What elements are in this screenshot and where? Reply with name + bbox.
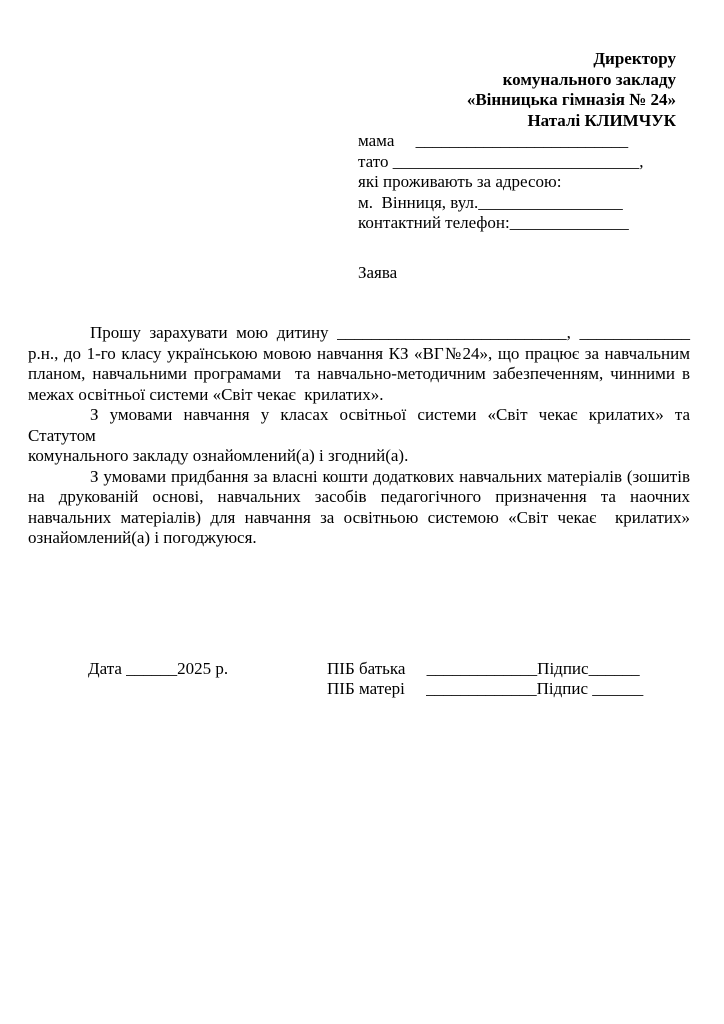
application-document-page: Директору комунального закладу «Вінницьк…: [0, 0, 724, 1024]
signature-lines: ПІБ батька _____________Підпис______ ПІБ…: [327, 659, 643, 700]
recipient-block: Директору комунального закладу «Вінницьк…: [0, 0, 676, 131]
signature-block: Дата ______2025 р. ПІБ батька __________…: [0, 659, 724, 700]
mother-name-line: мама _________________________: [358, 131, 724, 152]
paragraph2-line2: комунального закладу ознайомлений(а) і з…: [28, 446, 690, 467]
recipient-line-institution: комунального закладу: [0, 70, 676, 91]
paragraph3-line1: З умовами придбання за власні кошти дода…: [28, 467, 690, 488]
father-signature-line: ПІБ батька _____________Підпис______: [327, 659, 643, 680]
recipient-line-director: Директору: [0, 49, 676, 70]
paragraph3: З умовами придбання за власні кошти дода…: [28, 467, 690, 549]
father-name-line: тато _____________________________,: [358, 152, 724, 173]
paragraph1: Прошу зарахувати мою дитину ____________…: [28, 323, 690, 405]
paragraph1-line4: межах освітньої системи «Світ чекає крил…: [28, 385, 690, 406]
paragraph3-line4: ознайомлений(а) і погоджуюся.: [28, 528, 690, 549]
recipient-line-school: «Вінницька гімназія № 24»: [0, 90, 676, 111]
address-city-line: м. Вінниця, вул._________________: [358, 193, 724, 214]
paragraph3-line2: на друкованій основі, навчальних засобів…: [28, 487, 690, 508]
paragraph1-line3: планом, навчальними програмами та навчал…: [28, 364, 690, 385]
paragraph2: З умовами навчання у класах освітньої си…: [28, 405, 690, 467]
applicants-block: мама _________________________ тато ____…: [358, 131, 724, 234]
address-intro-line: які проживають за адресою:: [358, 172, 724, 193]
document-title: Заява: [358, 263, 724, 284]
paragraph1-line1: Прошу зарахувати мою дитину ____________…: [28, 323, 690, 344]
paragraph3-line3: навчальних матеріалів) для навчання за о…: [28, 508, 690, 529]
paragraph2-line1: З умовами навчання у класах освітньої си…: [28, 405, 690, 446]
recipient-line-name: Наталі КЛИМЧУК: [0, 111, 676, 132]
date-line: Дата ______2025 р.: [88, 659, 327, 680]
paragraph1-line2: р.н., до 1-го класу українською мовою на…: [28, 344, 690, 365]
document-body: Прошу зарахувати мою дитину ____________…: [28, 323, 690, 549]
contact-phone-line: контактний телефон:______________: [358, 213, 724, 234]
mother-signature-line: ПІБ матері _____________Підпис ______: [327, 679, 643, 700]
